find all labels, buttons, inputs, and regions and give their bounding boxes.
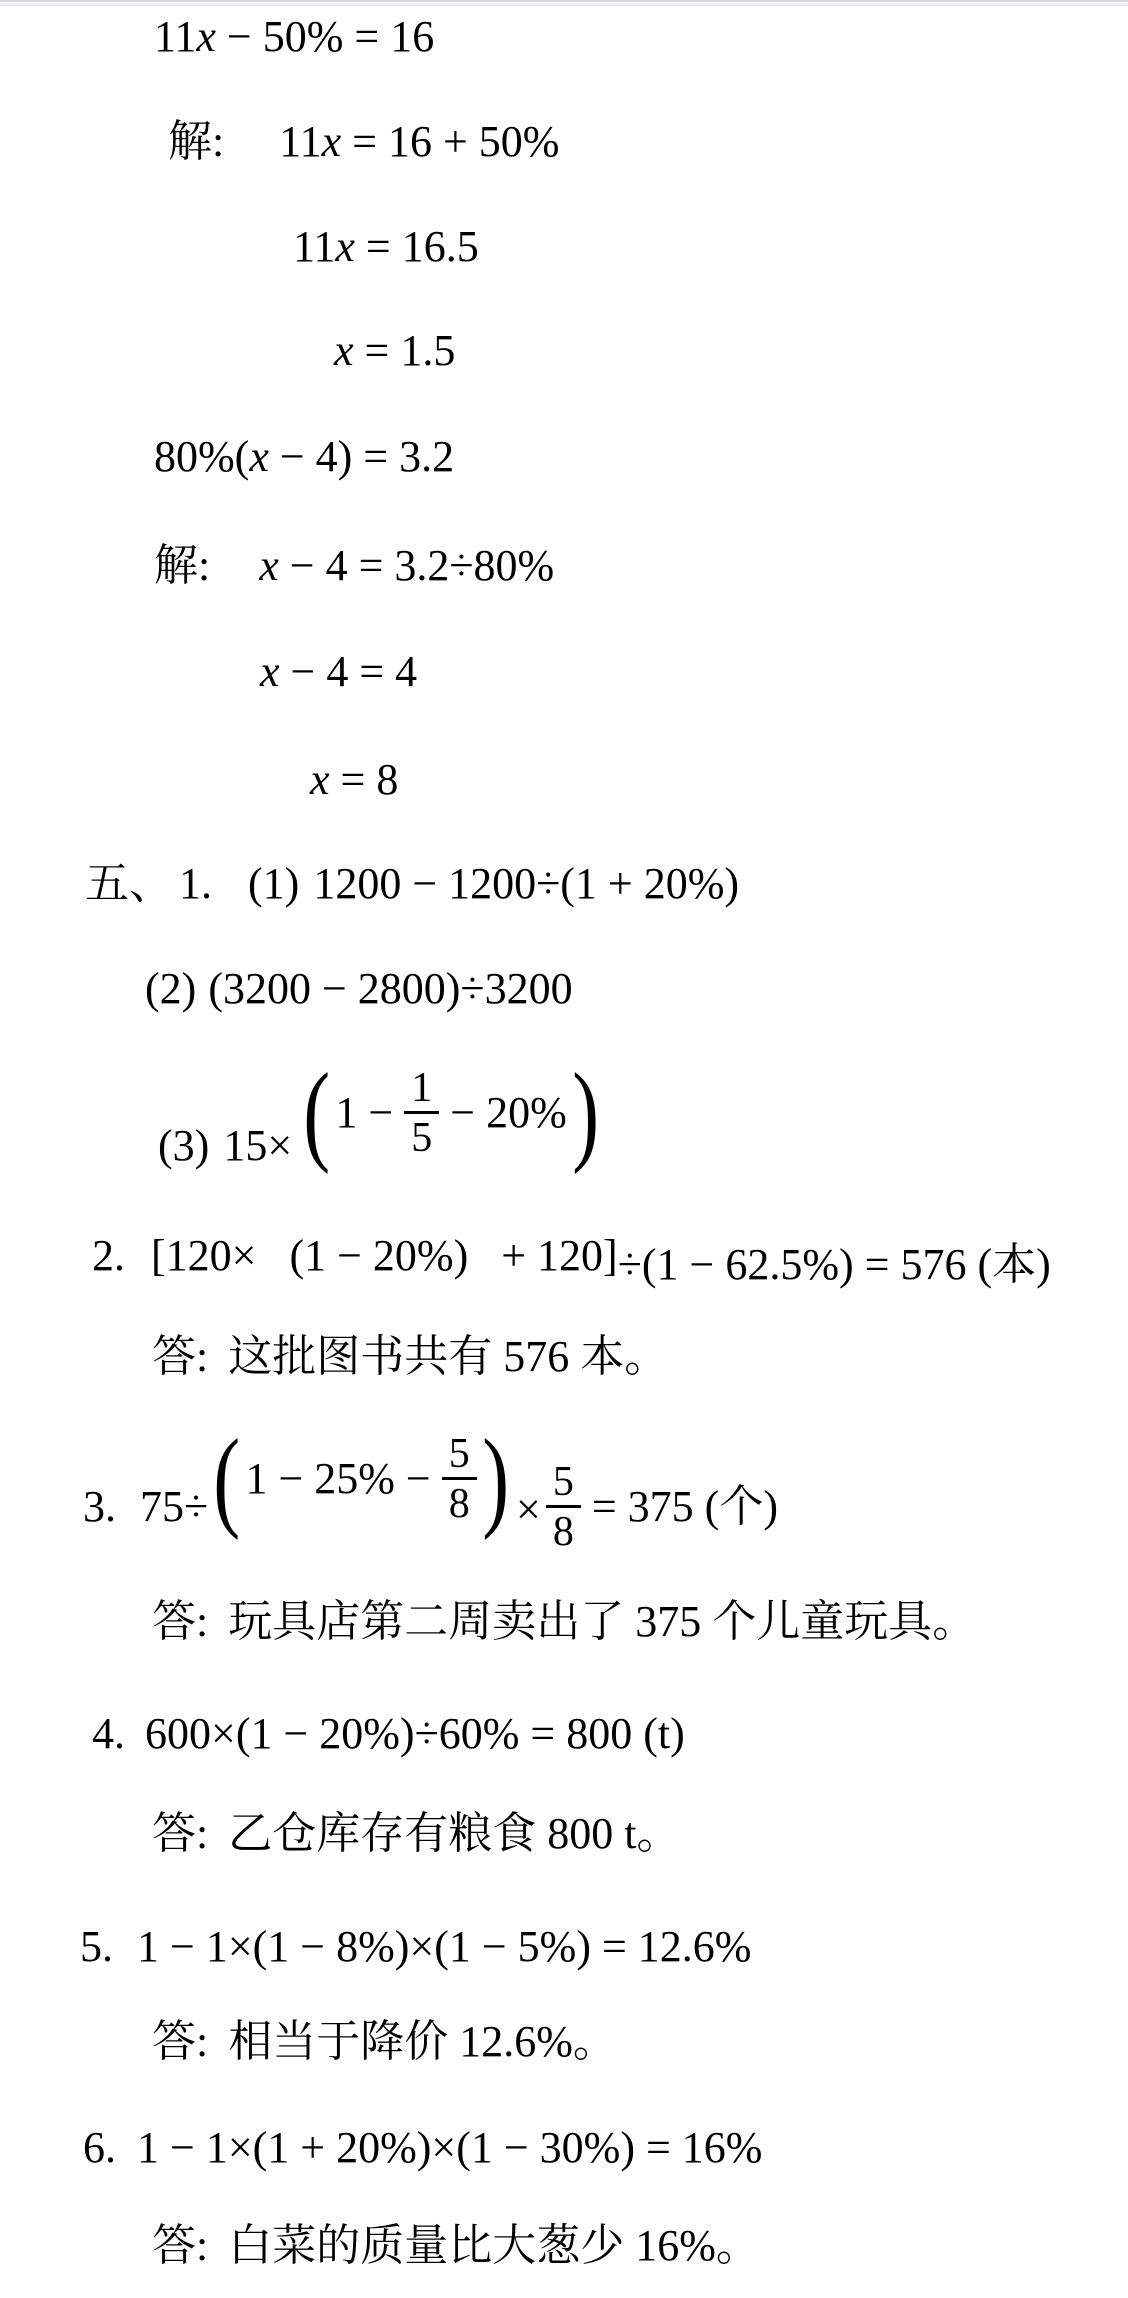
item2-equation-line: 2.[120× (1 − 20%) + 120]÷(1 − 62.5%) = 5…	[92, 1229, 1051, 1283]
eq-text: 11	[154, 12, 196, 61]
expression: (3200 − 2800)÷3200	[208, 964, 572, 1013]
section-label: 五、	[85, 859, 173, 908]
fraction-numerator: 5	[546, 1460, 581, 1508]
big-paren-left: (	[213, 1423, 240, 1535]
big-paren-right: )	[482, 1423, 509, 1535]
expression: 600×(1 − 20%)÷60% = 800 (t)	[145, 1709, 685, 1758]
variable-x: x	[310, 755, 330, 804]
item6-answer-line: 答:白菜的质量比大葱少 16%。	[152, 2219, 760, 2273]
fraction-1-5: 15	[404, 1066, 439, 1160]
item6-equation-line: 6.1 − 1×(1 + 20%)×(1 − 30%) = 16%	[83, 2121, 762, 2175]
part-tag: (1)	[248, 859, 299, 908]
expression-lead: 15×	[223, 1119, 292, 1173]
eq-text: = 16 + 50%	[341, 117, 559, 166]
fraction-denominator: 5	[411, 1114, 432, 1160]
item4-answer-line: 答:乙仓库存有粮食 800 t。	[152, 1807, 680, 1861]
eq-text: − 50% = 16	[216, 12, 434, 61]
variable-x: x	[260, 647, 280, 696]
answer-label: 答:	[152, 1330, 208, 1384]
item-number: 5.	[80, 1922, 113, 1971]
expression-bracket: [120× (1 − 20%) + 120]	[151, 1231, 618, 1280]
expression-tail: = 375 (个)	[581, 1480, 778, 1534]
answer-text: 白菜的质量比大葱少 16%。	[228, 2221, 760, 2270]
fraction-numerator: 1	[404, 1066, 439, 1114]
expression: 1 − 1×(1 − 8%)×(1 − 5%) = 12.6%	[137, 1922, 751, 1971]
eq-line-7: x − 4 = 4	[260, 645, 417, 699]
eq-line-8: x = 8	[310, 753, 398, 807]
eq-text: = 16.5	[355, 222, 479, 271]
item2-answer-line: 答:这批图书共有 576 本。	[152, 1330, 668, 1384]
expression: − 20%	[439, 1086, 566, 1140]
item3-answer-line: 答:玩具店第二周卖出了 375 个儿童玩具。	[152, 1595, 976, 1649]
eq-text: 11	[293, 222, 335, 271]
solve-label: 解:	[154, 539, 210, 593]
answer-text: 玩具店第二周卖出了 375 个儿童玩具。	[228, 1597, 976, 1646]
variable-x: x	[196, 12, 216, 61]
eq-line-2: 解:11x = 16 + 50%	[168, 115, 559, 169]
eq-text: 80%(	[154, 432, 249, 481]
fraction-5-8: 58	[442, 1432, 477, 1526]
item-number: 4.	[92, 1709, 125, 1758]
item-number: 2.	[92, 1231, 125, 1280]
expression: 1200 − 1200÷(1 + 20%)	[313, 859, 739, 908]
expression: 1 −	[335, 1086, 404, 1140]
fraction-numerator: 5	[442, 1432, 477, 1480]
eq-text: − 4 = 4	[280, 647, 418, 696]
expression: 1 − 1×(1 + 20%)×(1 − 30%) = 16%	[137, 2123, 762, 2172]
part-tag: (2)	[145, 964, 196, 1013]
solve-label: 解:	[168, 115, 224, 169]
eq-text: 11	[279, 117, 321, 166]
worksheet-page: { "page": { "background": "#ffffff", "te…	[0, 0, 1128, 2298]
eq-text: − 4) = 3.2	[269, 432, 454, 481]
variable-x: x	[322, 117, 342, 166]
eq-text: − 4 = 3.2÷80%	[279, 541, 554, 590]
paren-content: 1 − 15 − 20%	[335, 1066, 566, 1160]
eq-text: = 8	[330, 755, 399, 804]
paren-group: ( 1 − 25% − 58 )	[208, 1423, 514, 1535]
fraction-5-8: 58	[546, 1460, 581, 1554]
multiply-sign: ×	[516, 1483, 541, 1537]
big-paren-right: )	[572, 1057, 599, 1169]
answer-label: 答:	[152, 2219, 208, 2273]
answer-text: 这批图书共有 576 本。	[228, 1332, 668, 1381]
item4-equation-line: 4.600×(1 − 20%)÷60% = 800 (t)	[92, 1707, 685, 1761]
item3-equation-line: 3. 75÷ ( 1 − 25% − 58 ) × 58 = 375 (个)	[83, 1425, 778, 1555]
item-number: 6.	[83, 2123, 116, 2172]
expression-lead: 75÷	[140, 1480, 208, 1534]
answer-label: 答:	[152, 1807, 208, 1861]
eq-line-4: x = 1.5	[334, 324, 455, 378]
variable-x: x	[335, 222, 355, 271]
item5-equation-line: 5.1 − 1×(1 − 8%)×(1 − 5%) = 12.6%	[80, 1920, 751, 1974]
part-tag: (3)	[158, 1119, 209, 1173]
variable-x: x	[249, 432, 269, 481]
item-number: 1.	[179, 859, 212, 908]
variable-x: x	[259, 541, 279, 590]
paren-group: ( 1 − 15 − 20% )	[298, 1057, 604, 1169]
eq-text: = 1.5	[354, 326, 456, 375]
answer-text: 乙仓库存有粮食 800 t。	[228, 1809, 680, 1858]
item-number: 3.	[83, 1480, 116, 1534]
answer-text: 相当于降价 12.6%。	[228, 2017, 617, 2066]
fraction-denominator: 8	[449, 1480, 470, 1526]
variable-x: x	[334, 326, 354, 375]
answer-label: 答:	[152, 2015, 208, 2069]
fraction-denominator: 8	[553, 1508, 574, 1554]
paren-content: 1 − 25% − 58	[245, 1432, 476, 1526]
answer-label: 答:	[152, 1595, 208, 1649]
big-paren-left: (	[303, 1057, 330, 1169]
eq-line-5: 80%(x − 4) = 3.2	[154, 430, 454, 484]
section5-item1-part3-line: (3) 15× ( 1 − 15 − 20% )	[158, 1055, 604, 1185]
section5-item1-part2-line: (2)(3200 − 2800)÷3200	[145, 962, 573, 1016]
eq-line-1: 11x − 50% = 16	[154, 10, 434, 64]
item5-answer-line: 答:相当于降价 12.6%。	[152, 2015, 617, 2069]
section5-item1-part1-line: 五、1.(1)1200 − 1200÷(1 + 20%)	[85, 857, 739, 911]
page-top-edge	[0, 0, 1128, 6]
eq-line-6: 解:x − 4 = 3.2÷80%	[154, 539, 554, 593]
expression-tail: ÷(1 − 62.5%) = 576 (本)	[618, 1240, 1051, 1289]
eq-line-3: 11x = 16.5	[293, 220, 479, 274]
expression: 1 − 25% −	[245, 1452, 441, 1506]
